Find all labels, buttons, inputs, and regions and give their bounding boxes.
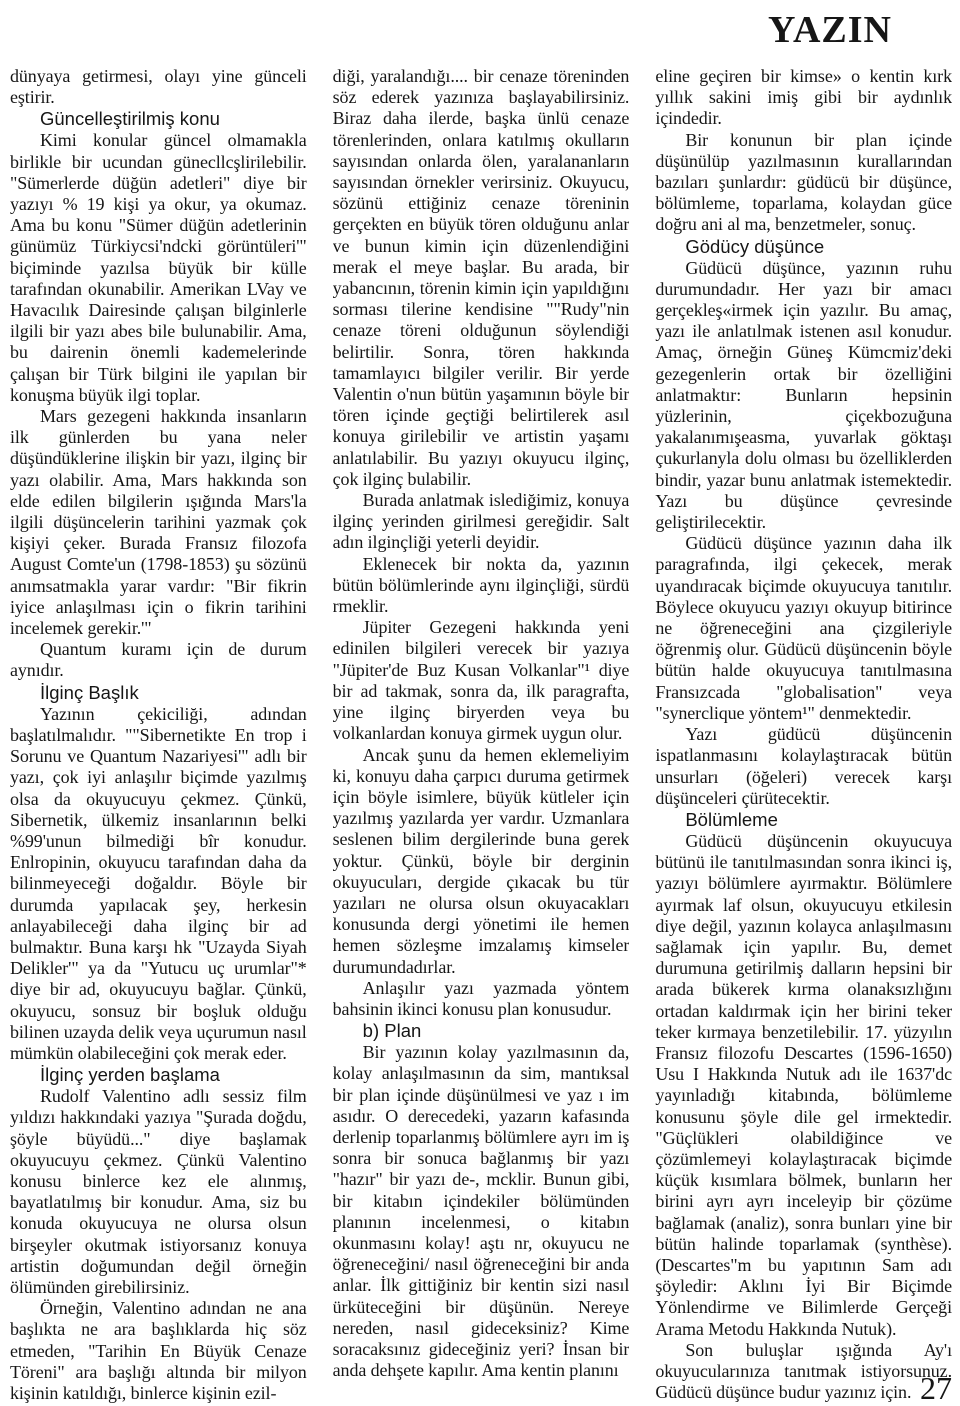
paragraph: Son buluşlar ışığında Ay'ı okuyucularını… xyxy=(655,1340,952,1404)
page-title: YAZIN xyxy=(768,9,892,51)
section-heading: b) Plan xyxy=(333,1020,630,1042)
document-page: YAZIN dünyaya getirmesi, olayı yine günc… xyxy=(0,0,960,1406)
text-column-2: diği, yaralandığı.... bir cenaze törenin… xyxy=(333,66,630,1404)
paragraph: Rudolf Valentino adlı sessiz film yıldız… xyxy=(10,1086,307,1298)
text-column-1: dünyaya getirmesi, olayı yine günceli eş… xyxy=(10,66,307,1404)
paragraph: Anlaşılır yazı yazmada yöntem bahsinin i… xyxy=(333,978,630,1020)
paragraph: Yazı güdücü düşüncenin ispatlanmasını ko… xyxy=(655,724,952,809)
text-column-3: eline geçiren bir kimse» o kentin kırk y… xyxy=(655,66,952,1404)
paragraph: Güdücü düşüncenin okuyucuya bütünü ile t… xyxy=(655,831,952,1340)
paragraph: Eklenecek bir nokta da, yazının bütün bö… xyxy=(333,554,630,618)
paragraph: Burada anlatmak islediğimiz, konuya ilgi… xyxy=(333,490,630,554)
paragraph: Bir konunun bir plan içinde düşünülüp ya… xyxy=(655,130,952,236)
paragraph: Yazının çekiciliği, adından başlatılmalı… xyxy=(10,704,307,1064)
section-heading: Bölümleme xyxy=(655,809,952,831)
paragraph: Quantum kuramı için de durum aynıdır. xyxy=(10,639,307,681)
paragraph: Kimi konular güncel olmamakla birlikle b… xyxy=(10,130,307,406)
paragraph: diği, yaralandığı.... bir cenaze törenin… xyxy=(333,66,630,490)
section-heading: Güncelleştirilmiş konu xyxy=(10,108,307,130)
paragraph: Ancak şunu da hemen eklemeliyim ki, konu… xyxy=(333,745,630,978)
page-number: 27 xyxy=(920,1372,952,1404)
page-header: YAZIN xyxy=(8,8,954,60)
paragraph: Jüpiter Gezegeni hakkında yeni edinilen … xyxy=(333,617,630,744)
section-heading: İlginç Başlık xyxy=(10,682,307,704)
paragraph: Örneğin, Valentino adından ne ana başlık… xyxy=(10,1298,307,1404)
paragraph: Güdücü düşünce, yazının ruhu durumundadı… xyxy=(655,258,952,534)
paragraph: Bir yazının kolay yazılmasının da, kolay… xyxy=(333,1042,630,1381)
paragraph: dünyaya getirmesi, olayı yine günceli eş… xyxy=(10,66,307,108)
text-columns: dünyaya getirmesi, olayı yine günceli eş… xyxy=(8,60,954,1404)
paragraph: Güdücü düşünce yazının daha ilk paragraf… xyxy=(655,533,952,724)
paragraph: Mars gezegeni hakkında insanların ilk gü… xyxy=(10,406,307,639)
paragraph: eline geçiren bir kimse» o kentin kırk y… xyxy=(655,66,952,130)
section-heading: Gödücy düşünce xyxy=(655,236,952,258)
section-heading: İlginç yerden başlama xyxy=(10,1064,307,1086)
